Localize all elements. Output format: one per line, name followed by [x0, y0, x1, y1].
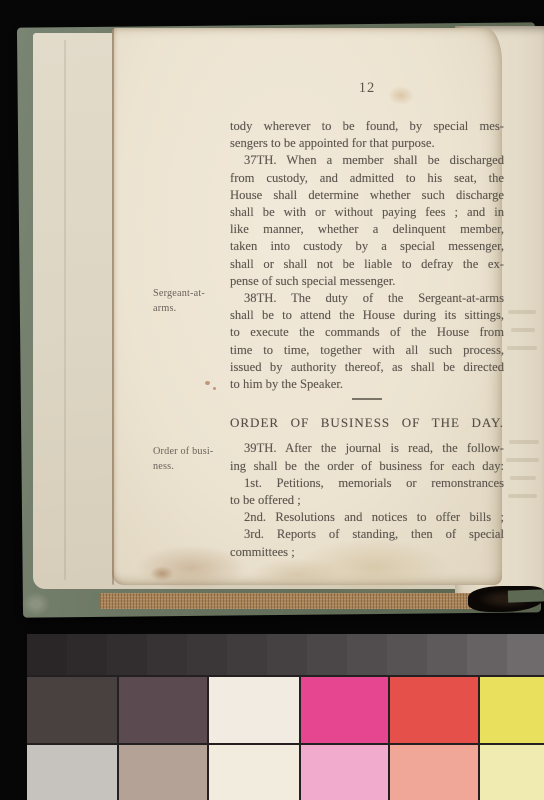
show-through-marks: [507, 346, 537, 350]
body-line: from custody, and admitted to his seat, …: [230, 170, 504, 187]
color-calibration-chart: [27, 634, 544, 800]
margin-note-line: ness.: [153, 460, 229, 475]
body-line: House shall determine whether such disch…: [230, 187, 504, 204]
page-number: 12: [230, 80, 504, 97]
color-patch-grid: [27, 675, 544, 800]
book-photograph: 12 tody wherever to be found, by special…: [0, 0, 544, 800]
binding-cloth-strip: [100, 593, 482, 609]
body-line: pense of such special messenger.: [230, 273, 504, 290]
color-patch: [119, 677, 207, 743]
body-line: shall be to attend the House during its …: [230, 307, 504, 324]
grayscale-step: [67, 634, 107, 675]
color-patch: [480, 677, 544, 743]
show-through-marks: [508, 310, 536, 314]
color-patch: [390, 677, 478, 743]
body-line: to be offered ;: [230, 492, 504, 509]
body-line: 37TH. When a member shall be discharged: [230, 152, 504, 169]
body-line: time to time, together with all such pro…: [230, 342, 504, 359]
body-text-lower: 39TH. After the journal is read, the fol…: [230, 440, 504, 560]
grayscale-step: [427, 634, 467, 675]
show-through-marks: [506, 458, 539, 462]
grayscale-step: [307, 634, 347, 675]
grayscale-step: [107, 634, 147, 675]
body-line: ing shall be the order of business for e…: [230, 458, 504, 475]
body-text-upper: tody wherever to be found, by special me…: [230, 118, 504, 393]
grayscale-step: [267, 634, 307, 675]
body-line: taken into custody by a special messenge…: [230, 238, 504, 255]
body-line: to execute the commands of the House fro…: [230, 324, 504, 341]
body-line: 39TH. After the journal is read, the fol…: [230, 440, 504, 457]
body-line: 3rd. Reports of standing, then of specia…: [230, 526, 504, 543]
body-line: to him by the Speaker.: [230, 376, 504, 393]
body-text: tody wherever to be found, by special me…: [230, 118, 504, 561]
body-line: 1st. Petitions, memorials or remonstranc…: [230, 475, 504, 492]
body-line: 2nd. Resolutions and notices to offer bi…: [230, 509, 504, 526]
body-line: shall be with or without paying fees ; a…: [230, 204, 504, 221]
show-through-marks: [511, 328, 535, 332]
margin-note-sergeant-at-arms: Sergeant-at- arms.: [153, 287, 229, 316]
grayscale-step: [187, 634, 227, 675]
color-patch: [27, 745, 117, 800]
grayscale-step: [27, 634, 67, 675]
color-patch: [390, 745, 478, 800]
grayscale-step: [147, 634, 187, 675]
color-patch: [301, 745, 388, 800]
color-patch: [301, 677, 388, 743]
show-through-marks: [508, 494, 537, 498]
body-line: committees ;: [230, 544, 504, 561]
grayscale-step: [467, 634, 507, 675]
body-line: sengers to be appointed for that purpose…: [230, 135, 504, 152]
section-heading: ORDER OF BUSINESS OF THE DAY.: [230, 414, 504, 431]
margin-note-line: arms.: [153, 302, 229, 317]
flyleaf-crease: [64, 40, 66, 580]
show-through-marks: [510, 476, 536, 480]
rust-speck: [213, 387, 216, 390]
body-line: shall or shall not be liable to defray t…: [230, 256, 504, 273]
body-line: 38TH. The duty of the Sergeant-at-arms: [230, 290, 504, 307]
show-through-marks: [509, 440, 539, 444]
color-patch: [209, 745, 299, 800]
color-patch: [209, 677, 299, 743]
cover-bottom-edge: [508, 589, 544, 602]
margin-note-order-of-business: Order of busi- ness.: [153, 445, 229, 474]
color-patch: [27, 677, 117, 743]
body-line: tody wherever to be found, by special me…: [230, 118, 504, 135]
margin-note-line: Sergeant-at-: [153, 287, 229, 302]
grayscale-strip: [27, 634, 544, 675]
grayscale-step: [507, 634, 544, 675]
grayscale-step: [347, 634, 387, 675]
grayscale-step: [387, 634, 427, 675]
color-patch: [480, 745, 544, 800]
grayscale-step: [227, 634, 267, 675]
body-line: like manner, whether a delinquent member…: [230, 221, 504, 238]
body-line: issued by authority thereof, as shall be…: [230, 359, 504, 376]
color-patch: [119, 745, 207, 800]
rust-speck: [205, 381, 210, 385]
margin-note-line: Order of busi-: [153, 445, 229, 460]
section-divider-rule: [352, 398, 382, 400]
